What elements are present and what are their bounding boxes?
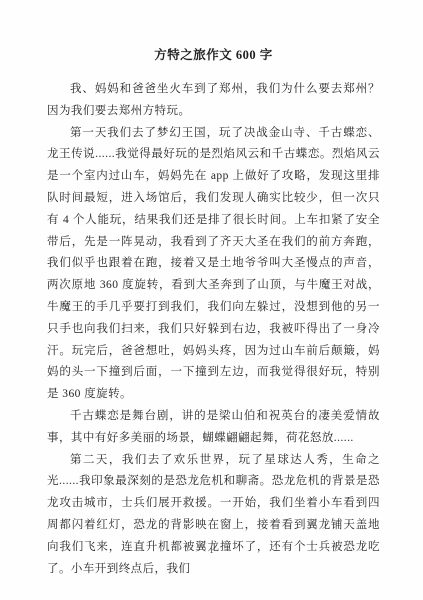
essay-paragraph-day2: 第二天，我们去了欢乐世界，玩了星球达人秀，生命之光......我印象最深刻的是恐… <box>47 450 380 581</box>
page-number: 1 <box>0 545 423 555</box>
document-page: 方特之旅作文 600 字 我、妈妈和爸爸坐火车到了郑州，我们为什么要去郑州？因为… <box>0 0 423 600</box>
essay-paragraph-day1: 第一天我们去了梦幻王国，玩了决战金山寺、千古蝶恋、龙王传说......我觉得最好… <box>47 123 380 406</box>
document-title: 方特之旅作文 600 字 <box>47 46 380 64</box>
essay-body: 我、妈妈和爸爸坐火车到了郑州，我们为什么要去郑州？因为我们要去郑州方特玩。 第一… <box>47 79 380 580</box>
essay-paragraph-butterfly-show: 千古蝶恋是舞台剧，讲的是梁山伯和祝英台的凄美爱情故事，其中有好多美丽的场景，蝴蝶… <box>47 406 380 450</box>
essay-paragraph-intro: 我、妈妈和爸爸坐火车到了郑州，我们为什么要去郑州？因为我们要去郑州方特玩。 <box>47 79 380 123</box>
